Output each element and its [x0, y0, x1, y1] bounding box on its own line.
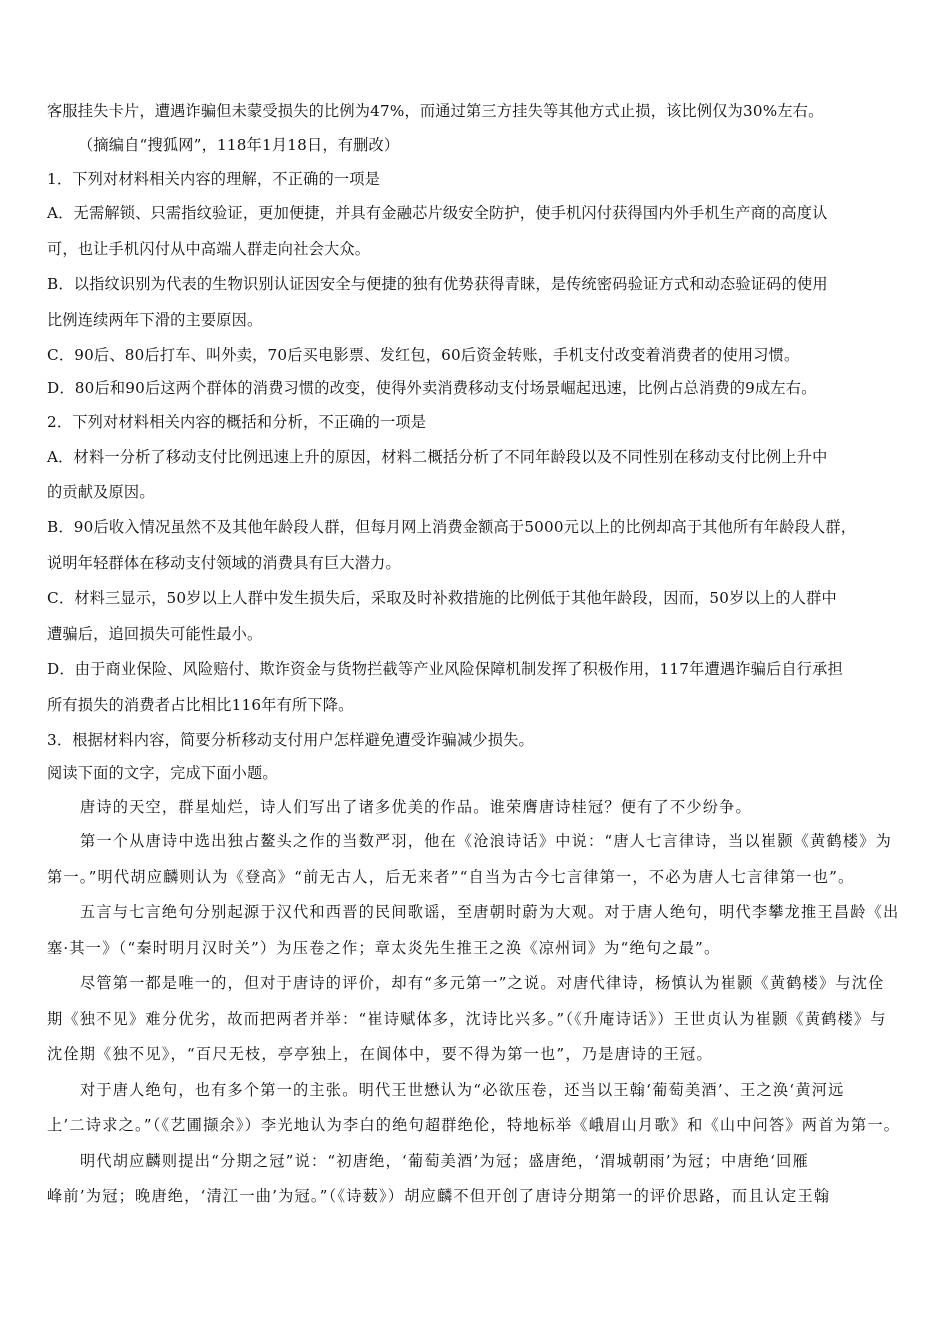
question-1-option-a-line-2: 可，也让手机闪付从中高端人群走向社会大众。: [47, 239, 917, 259]
question-1-stem: 1．下列对材料相关内容的理解，不正确的一项是: [47, 169, 917, 189]
passage-paragraph-4-line-2: 期《独不见》难分优劣，故而把两者并举：“崔诗赋体多，沈诗比兴多。”（《升庵诗话》…: [47, 1009, 917, 1029]
question-2-option-c-line-1: C．材料三显示，50岁以上人群中发生损失后，采取及时补救措施的比例低于其他年龄段…: [47, 588, 917, 608]
question-1-option-d: D．80后和90后这两个群体的消费习惯的改变，使得外卖消费移动支付场景崛起迅速，…: [47, 378, 917, 398]
question-2-option-d-line-1: D．由于商业保险、风险赔付、欺诈资金与货物拦截等产业风险保障机制发挥了积极作用，…: [47, 659, 917, 679]
question-2-option-a-line-2: 的贡献及原因。: [47, 482, 917, 502]
question-3-stem: 3．根据材料内容，简要分析移动支付用户怎样避免遭受诈骗减少损失。: [47, 730, 917, 750]
document-page: 客服挂失卡片，遭遇诈骗但未蒙受损失的比例为47%，而通过第三方挂失等其他方式止损…: [0, 0, 950, 1344]
question-1-option-c: C．90后、80后打车、叫外卖，70后买电影票、发红包，60后资金转账，手机支付…: [47, 345, 917, 365]
question-1-option-b-line-2: 比例连续两年下滑的主要原因。: [47, 310, 917, 330]
passage-paragraph-2-line-1: 第一个从唐诗中选出独占鳌头之作的当数严羽，他在《沧浪诗话》中说：“唐人七言律诗，…: [80, 831, 950, 851]
passage-paragraph-3-line-2: 塞·其一》（“秦时明月汉时关”）为压卷之作；章太炎先生推王之涣《凉州词》为“绝句…: [47, 938, 917, 958]
passage-paragraph-1: 唐诗的天空，群星灿烂，诗人们写出了诸多优美的作品。谁荣膺唐诗桂冠？便有了不少纷争…: [80, 797, 950, 817]
question-2-option-b-line-1: B．90后收入情况虽然不及其他年龄段人群，但每月网上消费金额高于5000元以上的…: [47, 517, 917, 537]
question-2-option-b-line-2: 说明年轻群体在移动支付领域的消费具有巨大潜力。: [47, 553, 917, 573]
passage-paragraph-3-line-1: 五言与七言绝句分别起源于汉代和西晋的民间歌谣，至唐朝时蔚为大观。对于唐人绝句，明…: [80, 902, 950, 922]
question-2-option-d-line-2: 所有损失的消费者占比相比116年有所下降。: [47, 695, 917, 715]
question-2-option-a-line-1: A．材料一分析了移动支付比例迅速上升的原因，材料二概括分析了不同年龄段以及不同性…: [47, 447, 917, 467]
passage-paragraph-4-line-1: 尽管第一都是唯一的，但对于唐诗的评价，却有“多元第一”之说。对唐代律诗，杨慎认为…: [80, 973, 950, 993]
material-tail-line: 客服挂失卡片，遭遇诈骗但未蒙受损失的比例为47%，而通过第三方挂失等其他方式止损…: [47, 101, 917, 121]
passage-paragraph-4-line-3: 沈佺期《独不见》，“百尺无枝，亭亭独上，在阆体中，要不得为第一也”，乃是唐诗的王…: [47, 1044, 917, 1064]
question-1-option-a-line-1: A．无需解锁、只需指纹验证，更加便捷，并具有金融芯片级安全防护，使手机闪付获得国…: [47, 203, 917, 223]
question-1-option-b-line-1: B．以指纹识别为代表的生物识别认证因安全与便捷的独有优势获得青睐，是传统密码验证…: [47, 274, 917, 294]
passage-paragraph-6-line-1: 明代胡应麟则提出“分期之冠”说：“初唐绝，‘葡萄美酒’为冠；盛唐绝，‘渭城朝雨’…: [80, 1151, 950, 1171]
passage-paragraph-2-line-2: 第一。”明代胡应麟则认为《登高》“前无古人，后无来者”“自当为古今七言律第一，不…: [47, 867, 917, 887]
question-2-option-c-line-2: 遭骗后，追回损失可能性最小。: [47, 624, 917, 644]
material-source: （摘编自“搜狐网”，118年1月18日，有删改）: [78, 135, 948, 155]
reading-instruction: 阅读下面的文字，完成下面小题。: [47, 763, 917, 783]
passage-paragraph-5-line-2: 上’二诗求之。”（《艺圃撷余》）李光地认为李白的绝句超群绝伦，特地标举《峨眉山月…: [47, 1115, 917, 1135]
passage-paragraph-5-line-1: 对于唐人绝句，也有多个第一的主张。明代王世懋认为“必欲压卷，还当以王翰‘葡萄美酒…: [80, 1080, 950, 1100]
question-2-stem: 2．下列对材料相关内容的概括和分析，不正确的一项是: [47, 412, 917, 432]
passage-paragraph-6-line-2: 峰前’为冠；晚唐绝，‘清江一曲’为冠。”（《诗薮》）胡应麟不但开创了唐诗分期第一…: [47, 1186, 917, 1206]
